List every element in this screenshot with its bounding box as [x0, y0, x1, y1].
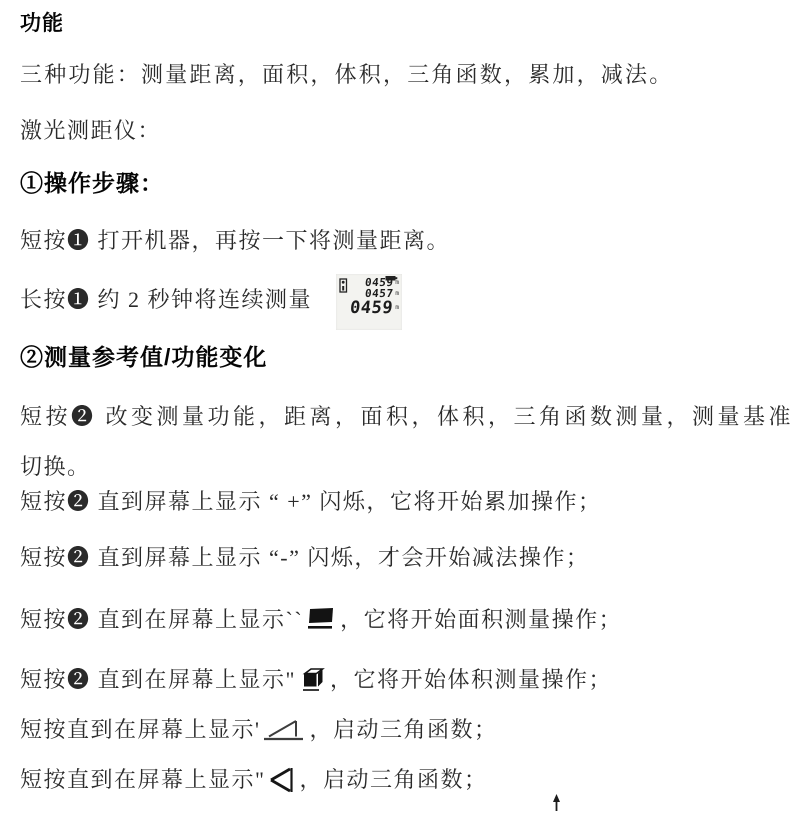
lcd-row-3: 0459m [338, 299, 399, 317]
page-title: 功能 [20, 7, 64, 37]
triangle-left-icon [268, 766, 295, 794]
stray-arrow-mark [552, 794, 561, 812]
step-short-press: 短按❶ 打开机器，再按一下将测量距离。 [20, 224, 450, 255]
lcd-unit-2: m [395, 291, 399, 297]
section2-heading: ②测量参考值/功能变化 [20, 339, 267, 372]
step-trig2-suffix: ，启动三角函数； [299, 767, 487, 792]
manual-page: 功能 三种功能：测量距离，面积，体积，三角函数，累加，减法。 激光测距仪： ①操… [0, 0, 790, 815]
step-trig2: 短按直到在屏幕上显示" ，启动三角函数； [20, 763, 488, 798]
lcd-display: 0459m 0457m 0459m [336, 274, 402, 330]
step-volume-prefix: 短按❷ 直到在屏幕上显示" [20, 667, 296, 692]
step-trig1-prefix: 短按直到在屏幕上显示' [20, 717, 260, 742]
triangle-slope-icon [263, 717, 305, 743]
step-volume-suffix: ，它将开始体积测量操作； [330, 667, 612, 692]
section1-heading: ①操作步骤： [20, 165, 164, 198]
step-long-press: 长按❶ 约 2 秒钟将连续测量 [20, 283, 312, 314]
area-icon [306, 607, 336, 632]
lcd-unit-3: m [395, 305, 399, 311]
step-subtract: 短按❷ 直到屏幕上显示 “-” 闪烁，才会开始减法操作； [20, 541, 589, 572]
laser-meter-icon [339, 278, 348, 293]
step-trig1: 短按直到在屏幕上显示' ，启动三角函数； [20, 713, 497, 747]
step-trig1-suffix: ，启动三角函数； [309, 717, 497, 742]
device-label: 激光测距仪： [20, 114, 161, 145]
step-area-prefix: 短按❷ 直到在屏幕上显示`` [20, 607, 303, 632]
step-area-suffix: ，它将开始面积测量操作； [340, 607, 622, 632]
lcd-value-main: 0459 [350, 300, 395, 317]
step-volume: 短按❷ 直到在屏幕上显示" ，它将开始体积测量操作； [20, 663, 612, 697]
intro-line: 三种功能：测量距离，面积，体积，三角函数，累加，减法。 [20, 58, 673, 89]
volume-cube-icon [299, 666, 326, 693]
step-accumulate: 短按❷ 直到屏幕上显示 “ +” 闪烁，它将开始累加操作； [20, 485, 601, 516]
step-change-function-line1: 短按❷ 改变测量功能，距离，面积，体积，三角函数测量，测量基准 [20, 400, 790, 431]
step-change-function-line2: 切换。 [20, 450, 91, 481]
step-trig2-prefix: 短按直到在屏幕上显示" [20, 767, 265, 792]
step-area: 短按❷ 直到在屏幕上显示`` ，它将开始面积测量操作； [20, 603, 622, 636]
